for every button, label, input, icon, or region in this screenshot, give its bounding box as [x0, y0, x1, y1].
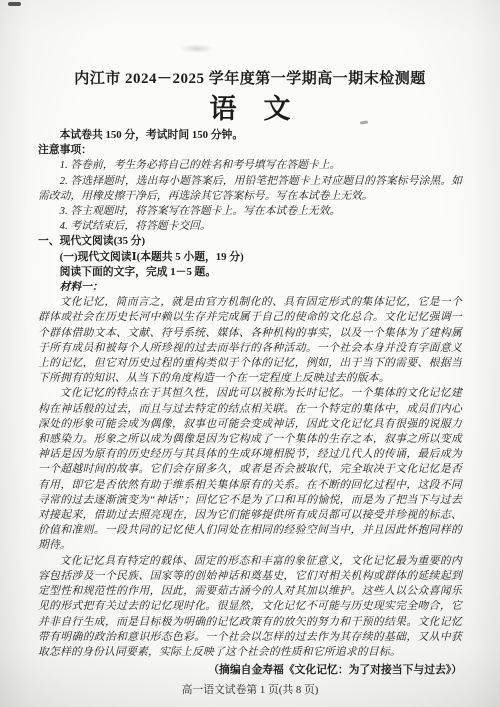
notice-item: 1. 答卷前，考生务必将自己的姓名和考号填写在答题卡上。 — [38, 158, 462, 173]
section-heading: 一、现代文阅读(35 分) — [38, 234, 462, 249]
material-paragraph: 文化记忆具有特定的载体、固定的形态和丰富的象征意义，文化记忆最为重要的内容包括涉… — [38, 554, 462, 660]
material-paragraph: 文化记忆的特点在于其恒久性，因此可以被称为长时记忆。一个集体的文化记忆建构在神话… — [38, 386, 462, 553]
material-label: 材料一： — [38, 280, 462, 295]
attribution: （摘编自金寿福《文化记忆：为了对接当下与过去》） — [38, 663, 462, 678]
notice-heading: 注意事项： — [38, 143, 462, 158]
scan-artifact-smudge — [180, 44, 214, 53]
reading-instruction: 阅读下面的文字，完成 1－5 题。 — [38, 265, 462, 280]
exam-title: 内江市 2024－2025 学年度第一学期高一期末检测题 — [38, 70, 462, 88]
section-subheading: (一)现代文阅读Ⅰ(本题共 5 小题，19 分) — [38, 250, 462, 265]
notice-item: 2. 答选择题时，选出每小题答案后，用铅笔把答题卡上对应题目的答案标号涂黑。如需… — [38, 174, 462, 204]
exam-subject: 语 文 — [38, 92, 462, 126]
exam-info: 本试卷共 150 分，考试时间 150 分钟。 — [38, 128, 462, 143]
material-paragraph: 文化记忆，简而言之，就是由官方机制化的、具有固定形式的集体记忆，它是一个群体或社… — [38, 295, 462, 386]
exam-paper-page: 内江市 2024－2025 学年度第一学期高一期末检测题 语 文 本试卷共 15… — [0, 0, 500, 707]
notice-item: 4. 考试结束后，将答题卡交回。 — [38, 219, 462, 234]
scan-artifact-corner-mark — [8, 2, 21, 6]
notice-item: 3. 答主观题时，将答案写在答题卡上。写在本试卷上无效。 — [38, 204, 462, 219]
page-footer: 高一语文试卷第 1 页(共 8 页) — [38, 683, 462, 698]
